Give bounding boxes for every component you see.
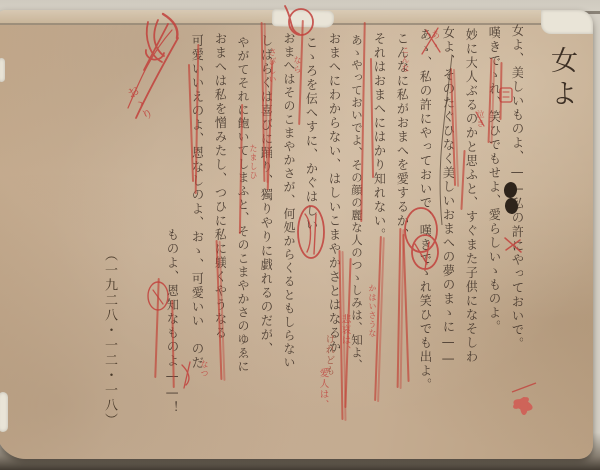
poem-title: 女よ	[542, 46, 581, 156]
date-column: （一九二八・一二・一八）	[100, 248, 119, 463]
text-column: あゝ、私の許にやっておいで、嘆きでゝれ笑ひでも出よ。	[412, 28, 431, 450]
red-annotation: なつ	[200, 360, 208, 378]
red-annotation: 泣き	[476, 110, 484, 128]
red-annotation: 愛人は、	[318, 368, 328, 410]
red-annotation: あゝ	[429, 30, 438, 50]
text-column: ものよ、恩知なものよ――！	[159, 228, 178, 443]
edge-chip	[0, 392, 8, 432]
red-annotation: たましひ	[249, 144, 257, 180]
red-annotation: かはいさうな	[368, 284, 376, 338]
manuscript-photo: 女よ 女よ、美しいものよ、――私の許にやっておいで。 嘆きでゝれ、笑ひでもせよ、…	[0, 0, 600, 470]
text-column: やがてそれに飽いてしまふと、そのこまやかさのゆゑに	[230, 36, 249, 458]
text-column: 妙に大人ぶるのかと思ふと、すぐまた子供になそしわ	[458, 28, 477, 450]
text-column: 女よ、美しいものよ、――私の許にやっておいで。	[504, 24, 523, 446]
corner-patch	[541, 10, 593, 34]
edge-chip	[0, 58, 5, 82]
manuscript-paper: 女よ 女よ、美しいものよ、――私の許にやっておいで。 嘆きでゝれ、笑ひでもせよ、…	[0, 10, 593, 459]
text-column: おまへはそのこまやかさが、何処からくるともしらない	[276, 32, 295, 454]
text-column: 可愛いいえのよ、恩なしのよ、おゝ、可愛いい のだ	[184, 34, 203, 456]
red-annotation: こんな	[401, 46, 409, 73]
